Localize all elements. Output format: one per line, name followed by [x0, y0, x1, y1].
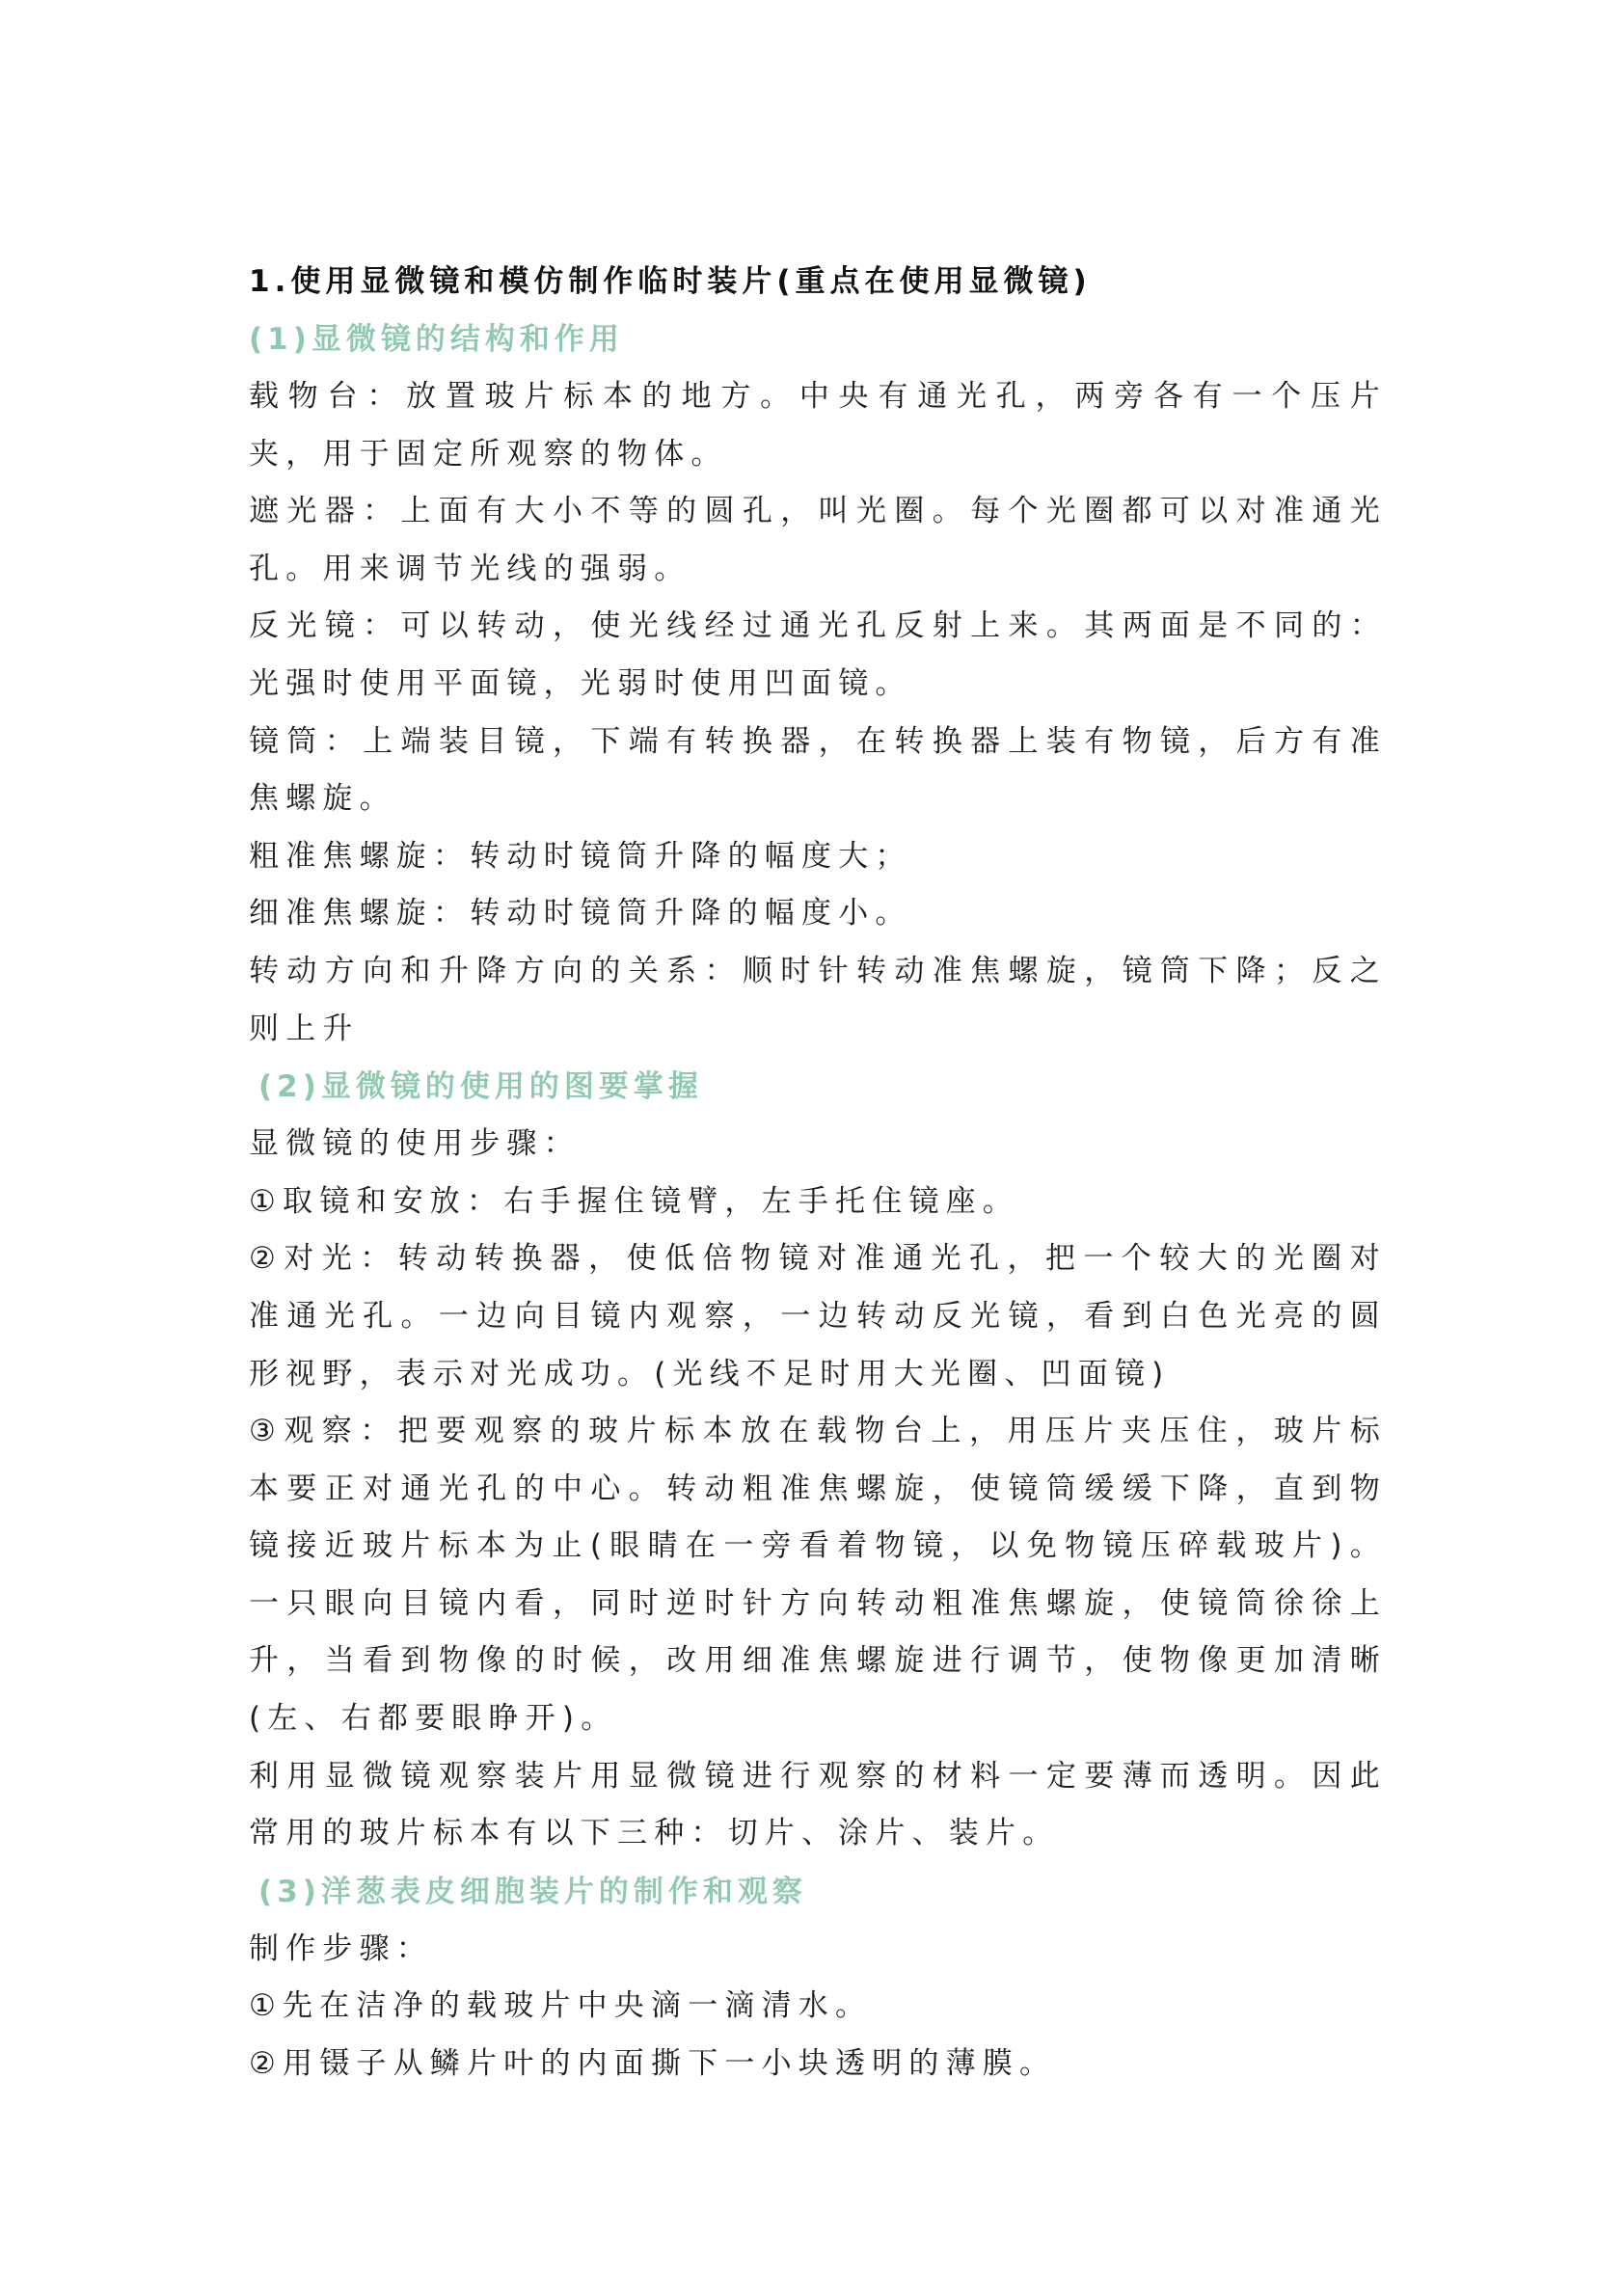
document-page: 1.使用显微镜和模仿制作临时装片(重点在使用显微镜) (1)显微镜的结构和作用 …: [249, 253, 1387, 2093]
paragraph-rotation-direction: 转动方向和升降方向的关系：顺时针转动准焦螺旋，镜筒下降；反之则上升: [249, 943, 1387, 1058]
paragraph-coarse-focus: 粗准焦螺旋：转动时镜筒升降的幅度大；: [249, 828, 1387, 886]
paragraph-making-steps: 制作步骤：: [249, 1921, 1387, 1979]
paragraph-step-light: ②对光：转动转换器，使低倍物镜对准通光孔，把一个较大的光圈对准通光孔。一边向目镜…: [249, 1230, 1387, 1403]
paragraph-usage-steps: 显微镜的使用步骤：: [249, 1116, 1387, 1174]
section-heading-usage: (2)显微镜的使用的图要掌握: [249, 1058, 1387, 1116]
paragraph-mirror: 反光镜：可以转动，使光线经过通光孔反射上来。其两面是不同的：光强时使用平面镜，光…: [249, 598, 1387, 713]
paragraph-step-take-place: ①取镜和安放：右手握住镜臂，左手托住镜座。: [249, 1174, 1387, 1231]
paragraph-step-observe: ③观察：把要观察的玻片标本放在载物台上，用压片夹压住，玻片标本要正对通光孔的中心…: [249, 1403, 1387, 1748]
section-heading-onion-slide: (3)洋葱表皮细胞装片的制作和观察: [249, 1863, 1387, 1921]
paragraph-slide-types: 利用显微镜观察装片用显微镜进行观察的材料一定要薄而透明。因此常用的玻片标本有以下…: [249, 1748, 1387, 1863]
section-heading-structure: (1)显微镜的结构和作用: [249, 310, 1387, 368]
paragraph-step-water-drop: ①先在洁净的载玻片中央滴一滴清水。: [249, 1978, 1387, 2036]
paragraph-fine-focus: 细准焦螺旋：转动时镜筒升降的幅度小。: [249, 885, 1387, 943]
paragraph-diaphragm: 遮光器：上面有大小不等的圆孔，叫光圈。每个光圈都可以对准通光孔。用来调节光线的强…: [249, 483, 1387, 598]
paragraph-step-peel-film: ②用镊子从鳞片叶的内面撕下一小块透明的薄膜。: [249, 2036, 1387, 2093]
paragraph-tube: 镜筒：上端装目镜，下端有转换器，在转换器上装有物镜，后方有准焦螺旋。: [249, 714, 1387, 828]
document-title: 1.使用显微镜和模仿制作临时装片(重点在使用显微镜): [249, 253, 1387, 310]
paragraph-stage: 载物台：放置玻片标本的地方。中央有通光孔，两旁各有一个压片夹，用于固定所观察的物…: [249, 368, 1387, 483]
